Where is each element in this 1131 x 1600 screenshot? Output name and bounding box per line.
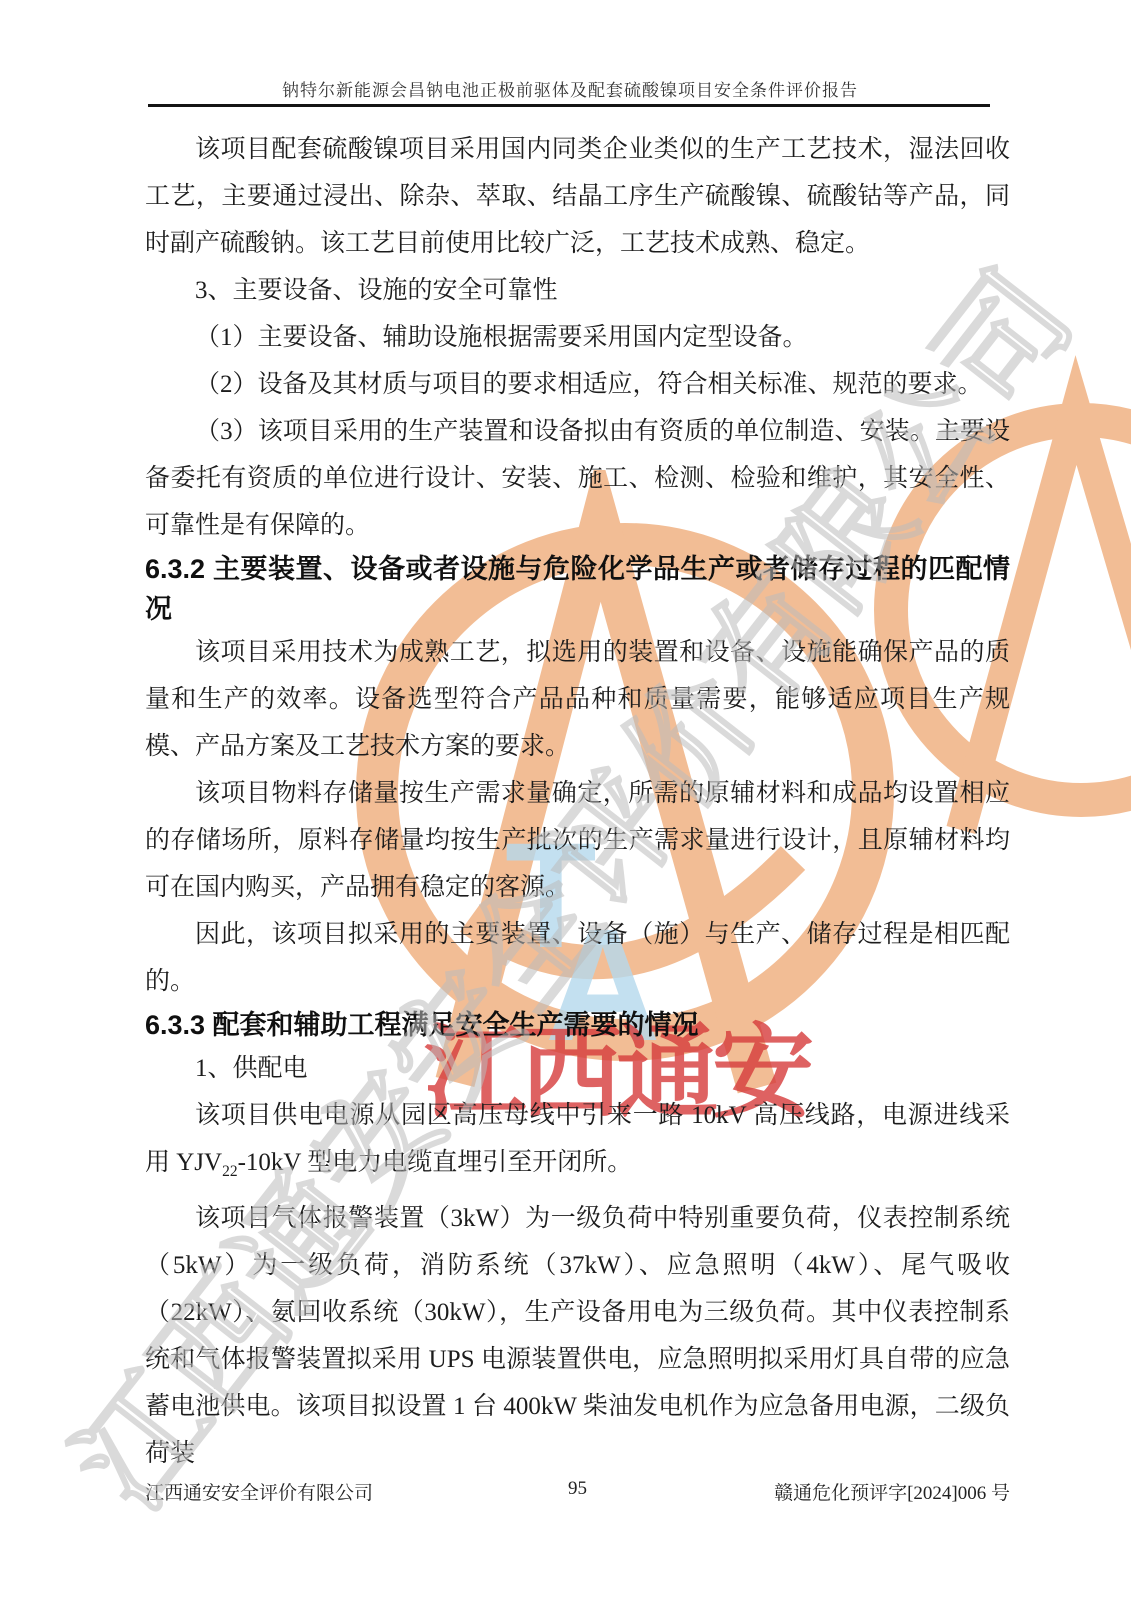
paragraph-nickel-process: 该项目配套硫酸镍项目采用国内同类企业类似的生产工艺技术，湿法回收工艺，主要通过浸… bbox=[145, 126, 1010, 267]
item-1-power-title: 1、供配电 bbox=[145, 1045, 1010, 1092]
cable-subscript: 22 bbox=[222, 1163, 238, 1180]
item-3-title: 3、主要设备、设施的安全可靠性 bbox=[145, 267, 1010, 314]
document-page: T A 江西通安 钠特尔新能源会昌钠电池正极前驱体及配套硫酸镍项目安全条件评价报… bbox=[0, 0, 1131, 1600]
footer-page-number: 95 bbox=[145, 1478, 1010, 1500]
paragraph-632-1: 该项目采用技术为成熟工艺，拟选用的装置和设备、设施能确保产品的质量和生产的效率。… bbox=[145, 629, 1010, 770]
header-rule bbox=[148, 104, 990, 107]
item-3-sub1: （1）主要设备、辅助设施根据需要采用国内定型设备。 bbox=[145, 314, 1010, 361]
section-heading-633: 6.3.3 配套和辅助工程满足安全生产需要的情况 bbox=[145, 1005, 1010, 1045]
page-footer: 江西通安安全评价有限公司 95 赣通危化预评字[2024]006 号 bbox=[145, 1478, 1010, 1505]
report-header-title: 钠特尔新能源会昌钠电池正极前驱体及配套硫酸镍项目安全条件评价报告 bbox=[150, 76, 990, 101]
